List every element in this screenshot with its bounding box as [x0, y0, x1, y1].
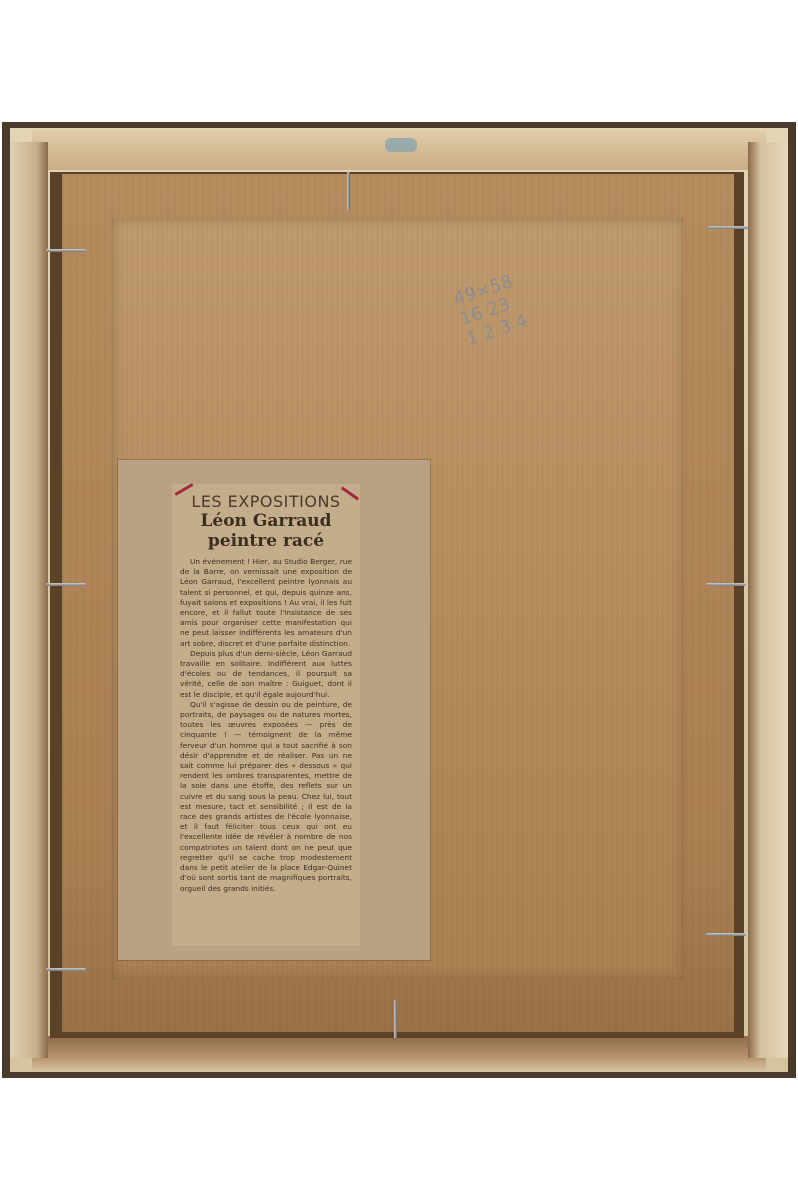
frame-bottom-rail: [32, 1036, 766, 1072]
nail-icon: [347, 172, 350, 210]
hanging-hook-icon: [385, 138, 417, 152]
clipping-paragraph: Depuis plus d'un demi-siècle, Léon Garra…: [180, 649, 352, 700]
nail-icon: [706, 933, 746, 936]
clipping-rubric: LES EXPOSITIONS: [180, 492, 352, 511]
frame-left-rail: [10, 142, 48, 1058]
nail-icon: [708, 226, 748, 229]
clipping-title: Léon Garraud: [180, 511, 352, 531]
nail-icon: [46, 583, 86, 586]
clipping-paragraph: Qu'il s'agisse de dessin ou de peinture,…: [180, 700, 352, 894]
nail-icon: [394, 1000, 397, 1038]
clipping-paragraph: Un événement ! Hier, au Studio Berger, r…: [180, 557, 352, 649]
nail-icon: [706, 583, 746, 586]
frame-right-rail: [748, 142, 788, 1058]
clipping-subtitle: peintre racé: [180, 531, 352, 551]
nail-icon: [46, 968, 86, 971]
clipping-body: Un événement ! Hier, au Studio Berger, r…: [180, 557, 352, 894]
newspaper-clipping: LES EXPOSITIONS Léon Garraud peintre rac…: [172, 484, 360, 946]
nail-icon: [46, 249, 86, 252]
